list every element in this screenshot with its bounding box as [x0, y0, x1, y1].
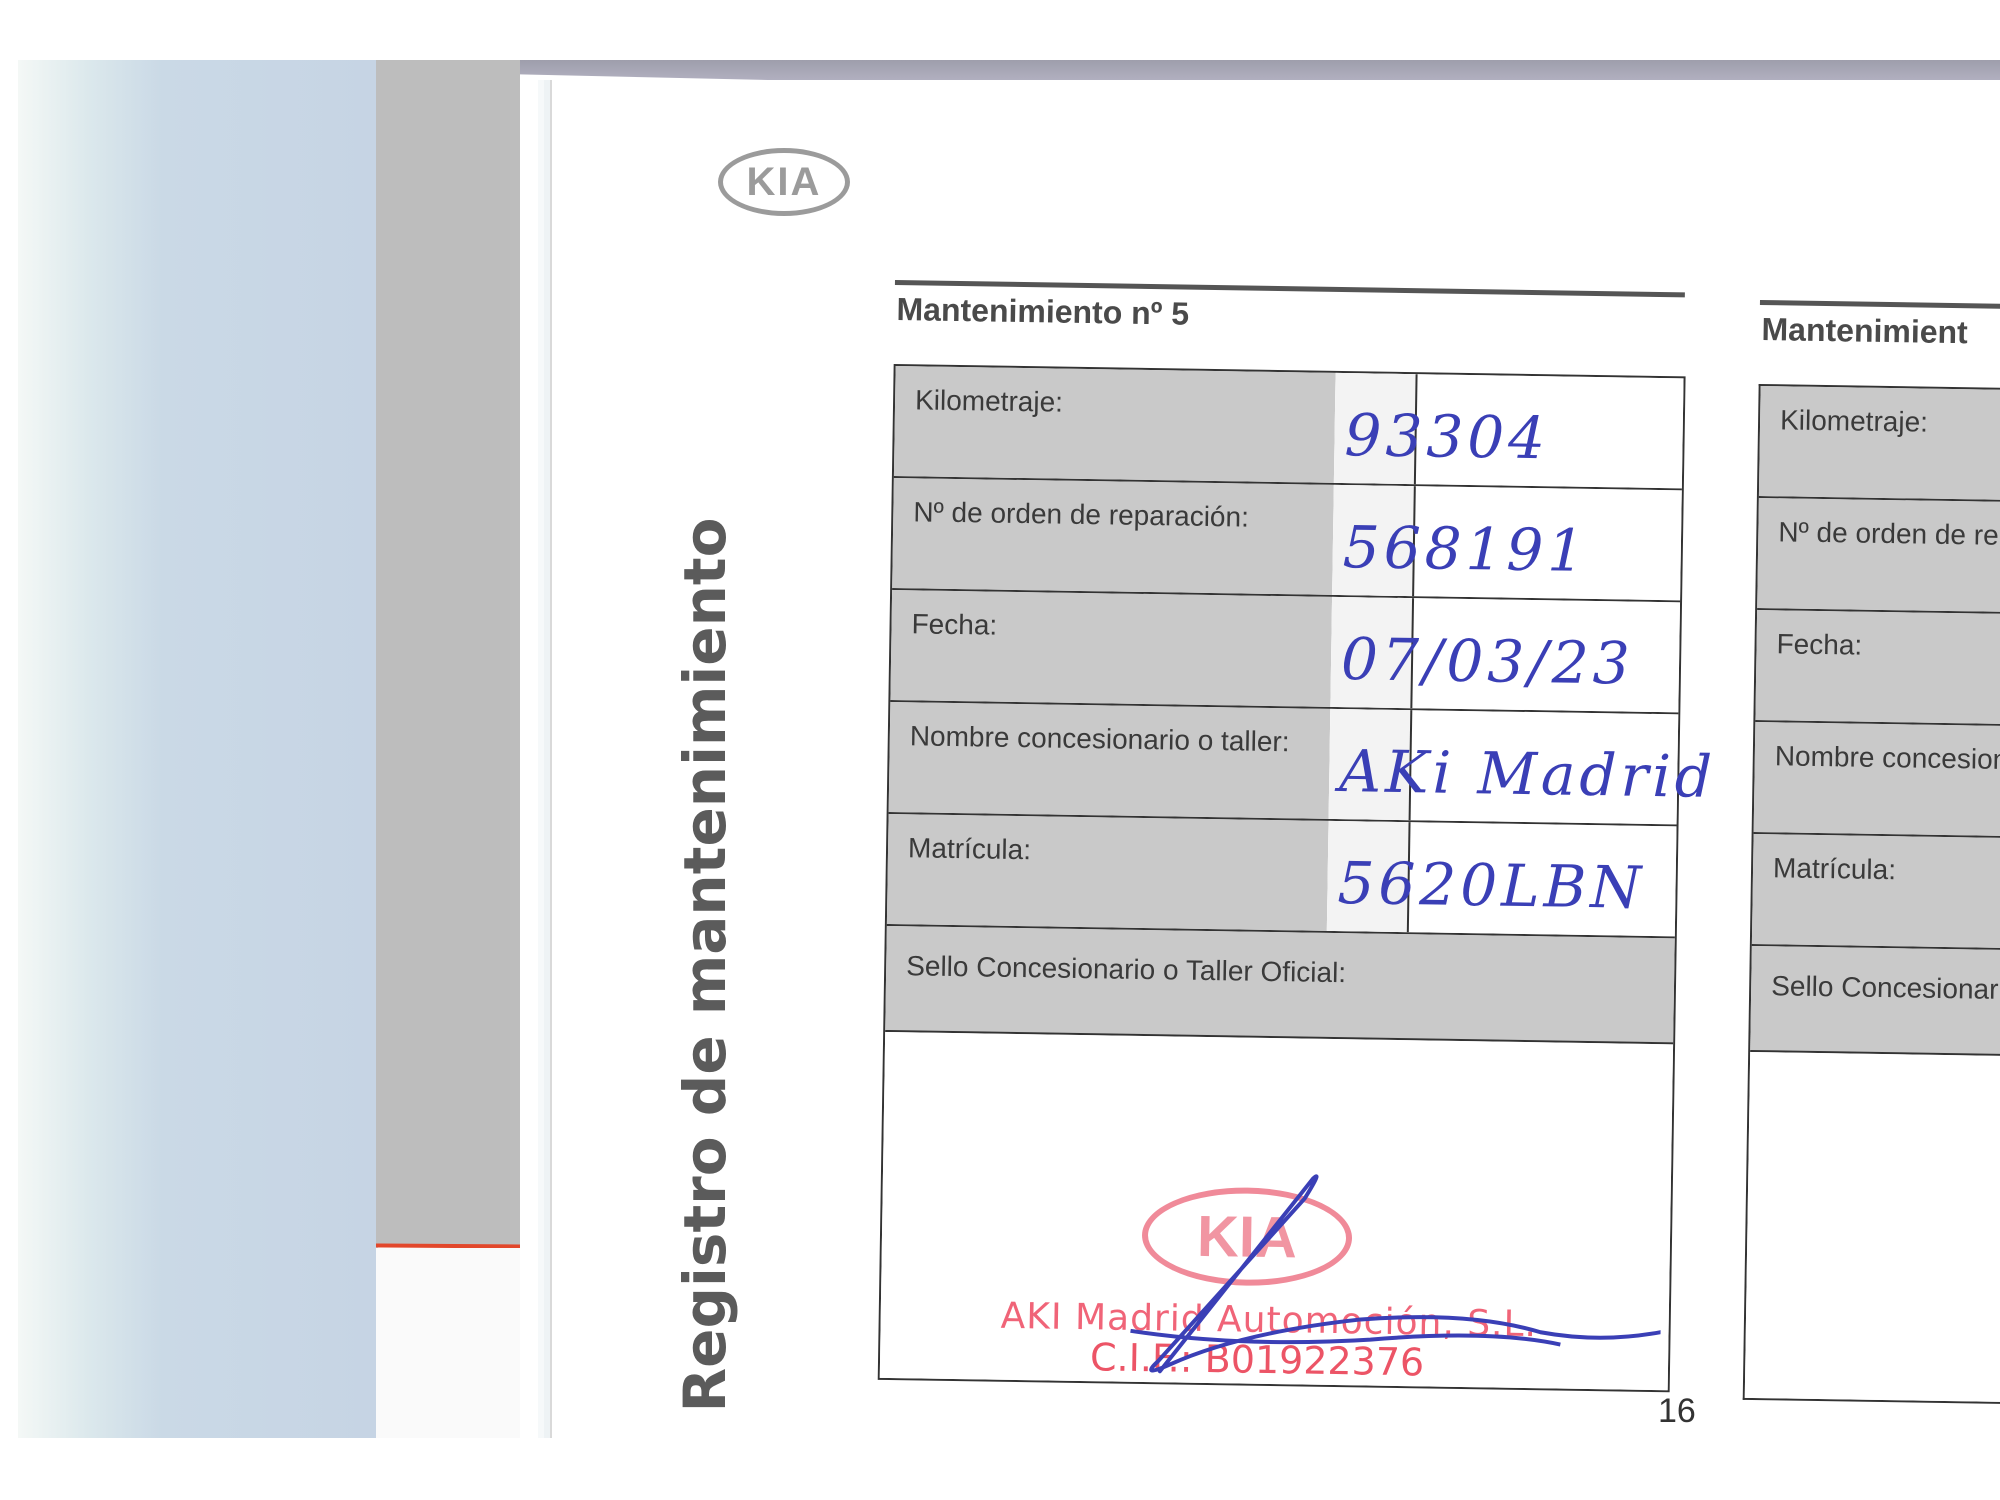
stamp-area[interactable]: KIA AKI Madrid Automoción, S.L. C.I.F.: … — [880, 1032, 1673, 1390]
field-label: Fecha: — [890, 590, 1332, 707]
maintenance-form: Kilometraje: Nº de orden de re Fecha: No… — [1743, 384, 2000, 1406]
side-title: Registro de mantenimiento — [671, 518, 739, 1413]
field-label: Nº de orden de reparación: — [892, 478, 1334, 595]
field-value-box[interactable]: 5620LBN — [1327, 821, 1677, 936]
kia-logo-icon: KIA — [718, 148, 850, 216]
maintenance-entry-5: Mantenimiento nº 5 Kilometraje: 93304 Nº… — [878, 280, 1685, 1392]
handwritten-value: AKi Madrid — [1339, 737, 1717, 811]
maintenance-form: Kilometraje: 93304 Nº de orden de repara… — [878, 364, 1686, 1392]
stamp-area[interactable] — [1745, 1052, 2000, 1404]
field-label: Matrícula: — [1752, 834, 2000, 950]
logo-text: KIA — [747, 160, 822, 205]
field-label: Fecha: — [1755, 610, 2000, 726]
field-value-box[interactable]: 07/03/23 — [1330, 597, 1680, 712]
scan-background-left — [18, 60, 378, 1438]
form-row-kilometraje: Kilometraje: 93304 — [894, 366, 1684, 490]
field-value-box[interactable]: 568191 — [1332, 485, 1682, 600]
field-label: Kilometraje: — [1759, 386, 2000, 502]
form-row-matricula: Matrícula: 5620LBN — [887, 814, 1677, 938]
field-label: Nombre concesionario o taller: — [889, 702, 1331, 819]
booklet-cover-edge — [376, 60, 520, 1246]
signature-icon — [1040, 1144, 1664, 1394]
handwritten-value: 568191 — [1342, 513, 1588, 585]
field-value-box[interactable]: 93304 — [1334, 373, 1684, 488]
handwritten-value: 07/03/23 — [1341, 625, 1635, 698]
field-label: Matrícula: — [887, 814, 1329, 931]
maintenance-entry-6-partial: Mantenimient Kilometraje: Nº de orden de… — [1743, 300, 2000, 1406]
form-row-orden-reparacion: Nº de orden de reparación: 568191 — [892, 478, 1682, 602]
field-label: Nombre concesion — [1754, 722, 2000, 838]
field-label: Kilometraje: — [894, 366, 1336, 483]
stamp-label: Sello Concesionario o Taller Oficial: — [885, 926, 1675, 1044]
form-row-concesionario: Nombre concesionario o taller: AKi Madri… — [889, 702, 1679, 826]
page-number: 16 — [1658, 1392, 1696, 1431]
entry-title: Mantenimiento nº 5 — [896, 291, 1684, 340]
handwritten-value: 93304 — [1344, 401, 1550, 472]
cover-lower-panel — [376, 1248, 520, 1438]
entry-title: Mantenimient — [1761, 311, 2000, 354]
handwritten-value: 5620LBN — [1337, 849, 1646, 922]
field-value-box[interactable]: AKi Madrid — [1329, 709, 1679, 824]
field-label: Nº de orden de re — [1757, 498, 2000, 614]
stamp-label: Sello Concesionario — [1750, 946, 2000, 1058]
form-row-fecha: Fecha: 07/03/23 — [890, 590, 1680, 714]
